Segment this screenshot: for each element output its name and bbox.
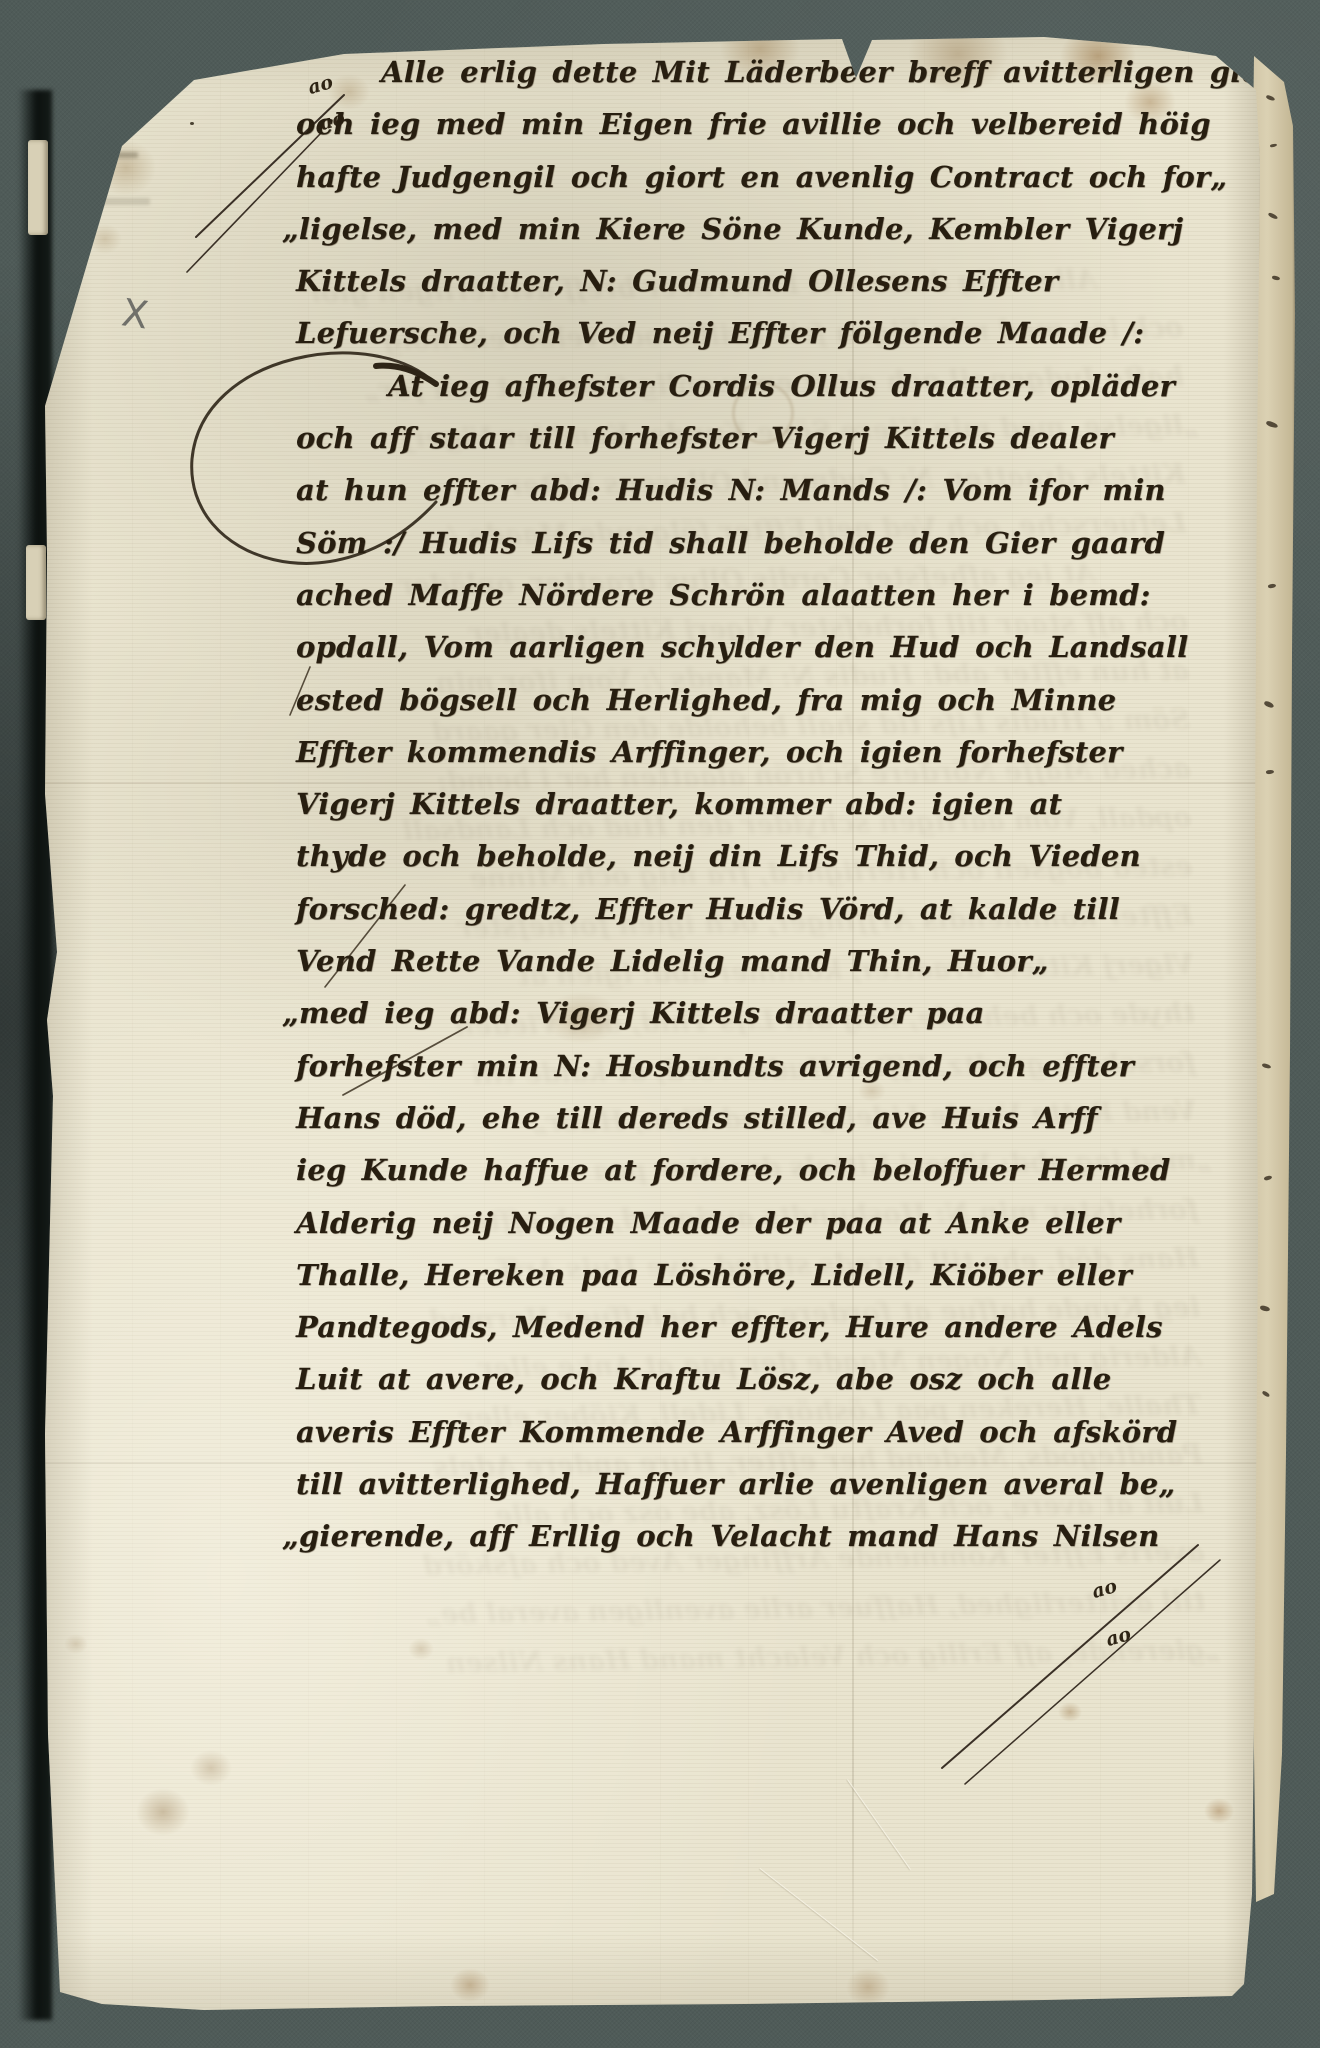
ink-speck [60, 112, 64, 115]
ink-speck [102, 84, 108, 89]
ink-speck [146, 104, 151, 108]
under-leaf-nub [26, 545, 46, 620]
ink-smudge [60, 198, 150, 205]
stain [136, 1788, 190, 1836]
manuscript-page: Alle erlig dette Mit Läderbeer breff avi… [44, 34, 1260, 2012]
edge-ink-fragment [1262, 1390, 1271, 1397]
edge-ink-fragment [1263, 700, 1274, 708]
stain [1204, 1798, 1234, 1824]
handwriting-block: Alle erlig dette Mit Läderbeer breff avi… [296, 46, 1256, 1563]
handwriting-line: forsched: gredtz, Effter Hudis Vörd, at … [296, 883, 1256, 935]
handwriting-line: och ieg med min Eigen frie avillie och v… [296, 98, 1256, 150]
stain [1058, 1702, 1082, 1722]
handwriting-line: „gierende, aff Erllig och Velacht mand H… [282, 1510, 1256, 1562]
handwriting-line: averis Effter Kommende Arffinger Aved oc… [296, 1406, 1256, 1458]
edge-ink-fragment [1272, 275, 1281, 280]
handwriting-line: „ligelse, med min Kiere Söne Kunde, Kemb… [282, 203, 1256, 255]
handwriting-line: hafte Judgengil och giort en avenlig Con… [296, 151, 1256, 203]
handwriting-line: ieg Kunde haffue at fordere, och beloffu… [296, 1144, 1256, 1196]
archive-photo: { "manuscript": { "description_label": "… [0, 0, 1320, 2048]
handwriting-line: Lefuersche, och Ved neij Effter fölgende… [296, 307, 1256, 359]
ink-speck [52, 86, 57, 90]
handwriting-line: opdall, Vom aarligen schylder den Hud oc… [296, 621, 1256, 673]
edge-ink-fragment [1268, 212, 1279, 220]
edge-ink-fragment [1266, 95, 1276, 102]
handwriting-line: Alderig neij Nogen Maade der paa at Anke… [296, 1197, 1256, 1249]
edge-ink-fragment [1266, 769, 1274, 774]
handwriting-line: At ieg afhefster Cordis Ollus draatter, … [388, 360, 1256, 412]
handwriting-line: ached Maffe Nördere Schrön alaatten her … [296, 569, 1256, 621]
diagonal-crease [847, 1779, 911, 1870]
ink-speck [76, 100, 81, 104]
ink-speck [190, 122, 194, 125]
edge-ink-fragment [1264, 1175, 1273, 1181]
handwriting-line: Kittels draatter, N: Gudmund Ollesens Ef… [296, 255, 1256, 307]
handwriting-line: Vend Rette Vande Lidelig mand Thin, Huor… [296, 935, 1256, 987]
edge-ink-fragment [1266, 420, 1279, 428]
binding-spine-shadow [18, 90, 52, 2020]
edge-ink-fragment [1268, 583, 1277, 589]
handwriting-line: och aff staar till forhefster Vigerj Kit… [296, 412, 1256, 464]
stain [450, 1968, 490, 2002]
handwriting-line: Alle erlig dette Mit Läderbeer breff avi… [381, 46, 1256, 98]
ink-smudge [68, 152, 138, 158]
stain [88, 224, 122, 254]
handwriting-line: Pandtegods, Medend her effter, Hure ande… [296, 1301, 1256, 1353]
handwriting-line: thyde och beholde, neij din Lifs Thid, o… [296, 830, 1256, 882]
handwriting-line: at hun effter abd: Hudis N: Mands /: Vom… [296, 464, 1256, 516]
handwriting-line: Söm :/ Hudis Lifs tid shall beholde den … [296, 517, 1256, 569]
under-leaf-nub [28, 140, 48, 235]
edge-ink-fragment [1260, 1305, 1271, 1312]
diagonal-crease [760, 1868, 879, 1961]
handwriting-line: till avitterlighed, Haffuer arlie avenli… [296, 1458, 1256, 1510]
stain [96, 140, 156, 196]
handwriting-line: Luit at avere, och Kraftu Lösz, abe osz … [296, 1353, 1256, 1405]
stain [190, 1750, 232, 1786]
handwriting-line: Effter kommendis Arffinger, och igien fo… [296, 726, 1256, 778]
handwriting-line: ested bögsell och Herlighed, fra mig och… [296, 674, 1256, 726]
handwriting-line: Thalle, Hereken paa Löshöre, Lidell, Kiö… [296, 1249, 1256, 1301]
handwriting-line: Hans död, ehe till dereds stilled, ave H… [296, 1092, 1256, 1144]
handwriting-line: forhefster min N: Hosbundts avrigend, oc… [296, 1040, 1256, 1092]
edge-ink-fragment [1270, 143, 1278, 148]
handwriting-line: „med ieg abd: Vigerj Kittels draatter pa… [282, 987, 1256, 1039]
ink-speck [64, 92, 68, 95]
handwriting-line: Vigerj Kittels draatter, kommer abd: igi… [296, 778, 1256, 830]
edge-ink-fragment [1262, 1063, 1272, 1069]
